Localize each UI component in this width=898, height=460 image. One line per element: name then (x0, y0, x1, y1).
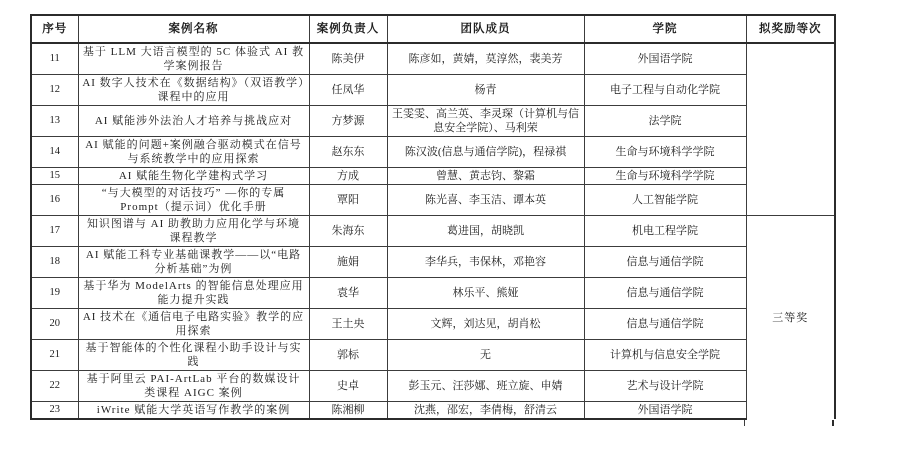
document-page: 序号 案例名称 案例负责人 团队成员 学院 拟奖励等次 11基于 LLM 大语言… (30, 14, 834, 420)
leader-cell: 史卓 (309, 371, 387, 402)
case-name-cell: 基于阿里云 PAI-ArtLab 平台的数媒设计类课程 AIGC 案例 (78, 371, 309, 402)
case-name-cell: AI 赋能涉外法治人才培养与挑战应对 (78, 106, 309, 137)
leader-cell: 陈美伊 (309, 43, 387, 75)
team-cell: 杨青 (387, 75, 584, 106)
case-number-cell: 14 (31, 137, 78, 168)
case-name-cell: 基于华为 ModelArts 的智能信息处理应用能力提升实践 (78, 278, 309, 309)
team-cell: 文辉，刘达见，胡肖松 (387, 309, 584, 340)
team-cell: 陈彦如，黄婧，莫淳然，裴美芳 (387, 43, 584, 75)
table-row: 16“与大模型的对话技巧” —你的专属 Prompt（提示词）优化手册覃阳陈光喜… (31, 185, 835, 216)
table-row: 11基于 LLM 大语言模型的 5C 体验式 AI 教学案例报告陈美伊陈彦如，黄… (31, 43, 835, 75)
leader-cell: 任凤华 (309, 75, 387, 106)
leader-cell: 赵东东 (309, 137, 387, 168)
table-row: 13AI 赋能涉外法治人才培养与挑战应对方梦源王雯雯、高兰英、李灵琛（计算机与信… (31, 106, 835, 137)
college-cell: 计算机与信息安全学院 (584, 340, 746, 371)
award-column-left-border-extension (744, 420, 745, 426)
team-cell: 林乐平、熊娅 (387, 278, 584, 309)
team-cell: 李华兵，韦保林，邓艳容 (387, 247, 584, 278)
leader-cell: 王土央 (309, 309, 387, 340)
team-cell: 王雯雯、高兰英、李灵琛（计算机与信息安全学院）、马利荣 (387, 106, 584, 137)
leader-cell: 方成 (309, 168, 387, 185)
case-name-cell: 基于 LLM 大语言模型的 5C 体验式 AI 教学案例报告 (78, 43, 309, 75)
table-row: 22基于阿里云 PAI-ArtLab 平台的数媒设计类课程 AIGC 案例史卓彭… (31, 371, 835, 402)
college-cell: 艺术与设计学院 (584, 371, 746, 402)
college-cell: 外国语学院 (584, 402, 746, 420)
team-cell: 沈燕，邵宏，李倩梅，舒清云 (387, 402, 584, 420)
case-name-cell: AI 赋能工科专业基础课教学——以“电路分析基础”为例 (78, 247, 309, 278)
case-number-cell: 15 (31, 168, 78, 185)
case-number-cell: 12 (31, 75, 78, 106)
case-number-cell: 19 (31, 278, 78, 309)
college-cell: 人工智能学院 (584, 185, 746, 216)
case-name-cell: iWrite 赋能大学英语写作教学的案例 (78, 402, 309, 420)
college-cell: 生命与环境科学学院 (584, 137, 746, 168)
award-cell (746, 43, 835, 216)
table-row: 23iWrite 赋能大学英语写作教学的案例陈湘柳沈燕，邵宏，李倩梅，舒清云外国… (31, 402, 835, 420)
team-cell: 陈汉波(信息与通信学院)，程禄祺 (387, 137, 584, 168)
case-name-cell: AI 赋能的问题+案例融合驱动模式在信号与系统教学中的应用探索 (78, 137, 309, 168)
case-number-cell: 17 (31, 216, 78, 247)
team-cell: 葛进国，胡晓凯 (387, 216, 584, 247)
college-cell: 信息与通信学院 (584, 309, 746, 340)
table-row: 17知识图谱与 AI 助教助力应用化学与环境课程教学朱海东葛进国，胡晓凯机电工程… (31, 216, 835, 247)
team-cell: 曾慧、黄志钧、黎霜 (387, 168, 584, 185)
table-row: 19基于华为 ModelArts 的智能信息处理应用能力提升实践袁华林乐平、熊娅… (31, 278, 835, 309)
team-cell: 无 (387, 340, 584, 371)
leader-cell: 朱海东 (309, 216, 387, 247)
column-header-team: 团队成员 (387, 15, 584, 43)
college-cell: 机电工程学院 (584, 216, 746, 247)
college-cell: 电子工程与自动化学院 (584, 75, 746, 106)
header-row: 序号 案例名称 案例负责人 团队成员 学院 拟奖励等次 (31, 15, 835, 43)
case-number-cell: 20 (31, 309, 78, 340)
case-name-cell: AI 赋能生物化学建构式学习 (78, 168, 309, 185)
team-cell: 彭玉元、汪莎娜、班立旋、申婧 (387, 371, 584, 402)
column-header-case-name: 案例名称 (78, 15, 309, 43)
table-body: 11基于 LLM 大语言模型的 5C 体验式 AI 教学案例报告陈美伊陈彦如，黄… (31, 43, 835, 419)
case-name-cell: “与大模型的对话技巧” —你的专属 Prompt（提示词）优化手册 (78, 185, 309, 216)
leader-cell: 施娟 (309, 247, 387, 278)
case-number-cell: 22 (31, 371, 78, 402)
column-header-leader: 案例负责人 (309, 15, 387, 43)
table-row: 21基于智能体的个性化课程小助手设计与实践郭标无计算机与信息安全学院 (31, 340, 835, 371)
case-name-cell: 知识图谱与 AI 助教助力应用化学与环境课程教学 (78, 216, 309, 247)
table-row: 18AI 赋能工科专业基础课教学——以“电路分析基础”为例施娟李华兵，韦保林，邓… (31, 247, 835, 278)
award-column-right-border-extension (832, 420, 834, 426)
table-row: 14AI 赋能的问题+案例融合驱动模式在信号与系统教学中的应用探索赵东东陈汉波(… (31, 137, 835, 168)
college-cell: 信息与通信学院 (584, 278, 746, 309)
case-number-cell: 11 (31, 43, 78, 75)
case-number-cell: 21 (31, 340, 78, 371)
case-name-cell: AI 数字人技术在《数据结构》（双语教学）课程中的应用 (78, 75, 309, 106)
table-row: 15AI 赋能生物化学建构式学习方成曾慧、黄志钧、黎霜生命与环境科学学院 (31, 168, 835, 185)
leader-cell: 陈湘柳 (309, 402, 387, 420)
award-table: 序号 案例名称 案例负责人 团队成员 学院 拟奖励等次 11基于 LLM 大语言… (30, 14, 836, 420)
case-name-cell: AI 技术在《通信电子电路实验》教学的应用探索 (78, 309, 309, 340)
leader-cell: 袁华 (309, 278, 387, 309)
case-number-cell: 23 (31, 402, 78, 420)
college-cell: 生命与环境科学学院 (584, 168, 746, 185)
table-row: 20AI 技术在《通信电子电路实验》教学的应用探索王土央文辉，刘达见，胡肖松信息… (31, 309, 835, 340)
college-cell: 外国语学院 (584, 43, 746, 75)
leader-cell: 郭标 (309, 340, 387, 371)
column-header-index: 序号 (31, 15, 78, 43)
award-cell: 三等奖 (746, 216, 835, 420)
column-header-award-level: 拟奖励等次 (746, 15, 835, 43)
college-cell: 法学院 (584, 106, 746, 137)
case-number-cell: 16 (31, 185, 78, 216)
case-number-cell: 13 (31, 106, 78, 137)
college-cell: 信息与通信学院 (584, 247, 746, 278)
case-name-cell: 基于智能体的个性化课程小助手设计与实践 (78, 340, 309, 371)
leader-cell: 方梦源 (309, 106, 387, 137)
team-cell: 陈光喜、李玉洁、谭本英 (387, 185, 584, 216)
column-header-college: 学院 (584, 15, 746, 43)
case-number-cell: 18 (31, 247, 78, 278)
leader-cell: 覃阳 (309, 185, 387, 216)
table-row: 12AI 数字人技术在《数据结构》（双语教学）课程中的应用任凤华杨青电子工程与自… (31, 75, 835, 106)
